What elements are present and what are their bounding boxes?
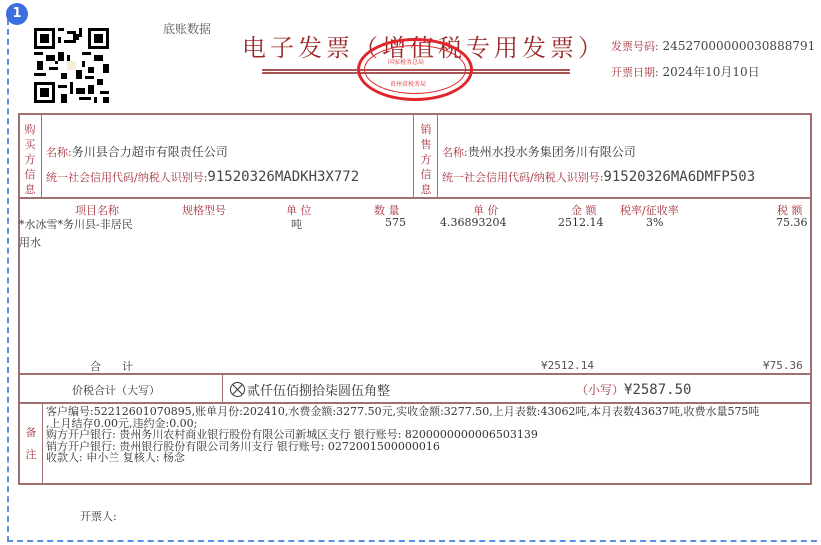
buyer-name-value: 务川县合力超市有限责任公司 [72,145,228,159]
totals-bottom-border [18,373,812,375]
buyer-tax-id-label: 统一社会信用代码/纳税人识别号: [46,171,207,184]
buyer-tax-id: 统一社会信用代码/纳税人识别号:91520326MADKH3X772 [46,166,359,185]
buyer-name: 名称:务川县合力超市有限责任公司 [46,143,228,160]
seal-text-province: 贵州省税务局 [390,79,426,88]
grand-total-uppercase-value: 贰仟伍佰捌拾柒圆伍角整 [247,384,390,399]
crossed-circle-icon [230,382,245,397]
grand-total-small-value: ¥2587.50 [624,382,691,398]
qr-code [33,28,110,103]
remarks-line: 购方开户银行: 贵州务川农村商业银行股份有限公司新城区支行 银行账号: 8200… [46,429,759,441]
invoice-number-label: 发票号码: [611,40,659,53]
buyer-name-label: 名称: [46,146,72,159]
totals-amount: ¥2512.14 [541,359,594,372]
table-left-border [18,113,20,485]
remarks-text: 客户编号:52212601070895,账单月份:202410,水费金额:327… [46,406,759,464]
grand-total-uppercase: 贰仟伍佰捌拾柒圆伍角整 [230,380,390,399]
table-bottom-border [18,483,812,485]
grand-total-small-label: （小写） [576,383,624,397]
buyer-tax-id-value: 91520326MADKH3X772 [207,169,359,185]
remarks-line: 收款人: 申小兰 复核人: 杨念 [46,452,759,464]
seller-tax-id-value: 91520326MA6DMFP503 [603,169,755,185]
table-right-border [810,113,812,485]
invoice-number-value: 24527000000030888791 [663,39,816,53]
buyer-label-divider [41,113,42,198]
item-tax-rate: 3% [646,216,663,229]
totals-label: 合 计 [90,358,133,374]
selection-badge[interactable]: 1 [6,3,28,25]
seller-section-label: 销售方信息 [418,122,434,197]
issue-date-value: 2024年10月10日 [663,65,760,79]
item-unit-price: 4.36893204 [440,216,506,229]
party-divider [413,113,414,198]
grand-total-label: 价税合计（大写） [72,382,160,398]
remarks-label: 备注 [23,422,39,466]
grand-total-bottom-border [18,402,812,404]
seller-label-divider [437,113,438,198]
grand-total-small: （小写）¥2587.50 [576,381,691,398]
item-tax: 75.36 [776,216,808,229]
official-seal: 国家税务总局 贵州省税务局 [357,38,473,101]
item-unit: 吨 [291,216,302,232]
remarks-label-divider [42,402,43,484]
seller-name-label: 名称: [442,146,468,159]
col-header-spec: 规格型号 [182,202,226,218]
table-top-border [18,113,812,115]
totals-tax: ¥75.36 [763,359,803,372]
invoice-number: 发票号码: 24527000000030888791 [611,38,815,54]
seller-name: 名称:贵州水投水务集团务川有限公司 [442,143,636,160]
seal-text-authority: 国家税务总局 [388,57,424,66]
seller-tax-id-label: 统一社会信用代码/纳税人识别号: [442,171,603,184]
item-name-line1: *水冰雪*务川县-非居民 [19,216,133,232]
issue-date: 开票日期: 2024年10月10日 [611,63,760,80]
item-name-line2: 用水 [19,234,41,250]
grand-total-divider [222,373,223,403]
seller-name-value: 贵州水投水务集团务川有限公司 [468,145,636,159]
item-amount: 2512.14 [558,216,604,229]
issuer-label: 开票人: [80,508,117,524]
remarks-line: 客户编号:52212601070895,账单月份:202410,水费金额:327… [46,406,759,418]
seller-tax-id: 统一社会信用代码/纳税人识别号:91520326MA6DMFP503 [442,166,755,185]
item-quantity: 575 [385,216,406,229]
issue-date-label: 开票日期: [611,66,659,79]
ledger-data-label: 底账数据 [163,20,211,37]
buyer-section-label: 购买方信息 [22,122,38,197]
parties-bottom-border [18,197,812,199]
